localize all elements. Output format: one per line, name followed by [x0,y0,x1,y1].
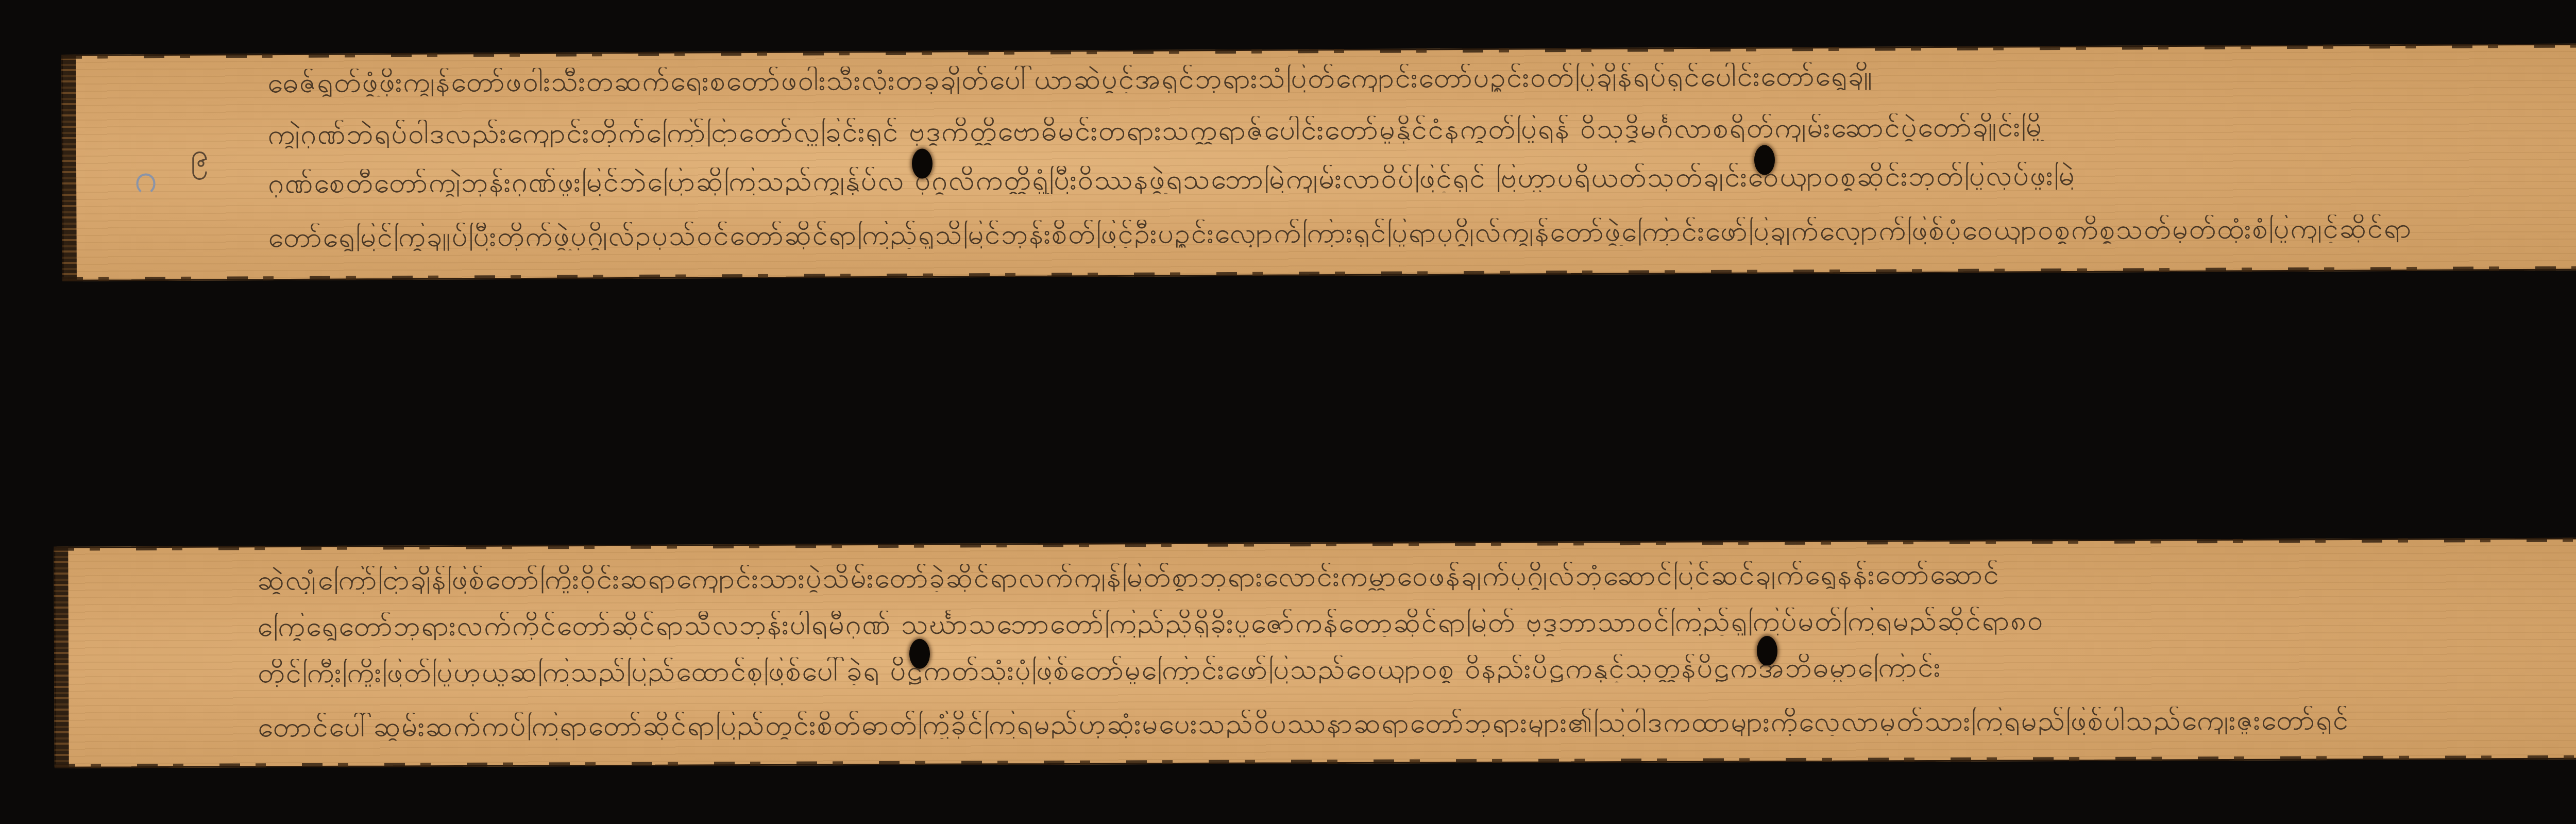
palm-leaf-folio-top: ဂ ၉ ဓေဇ်ရွတ်ဖွံ့ဖိုးကျွန်တော်ဖဝါးသီးတဆက်… [61,43,2576,281]
frayed-edge-top [54,537,2576,550]
script-line-2: ကျွဲဂုဏ်ဘဲရပ်ဝါဒလည်းကျောင်းတိုက်ကြော်ငြာ… [268,111,2458,149]
script-line-4: တောင်ပေါ်ဆွမ်းဆက်ကပ်ကြရာတော်ဆိုင်ရာပြည်တ… [258,705,2447,741]
script-line-2: ကြွေရွှေတော်ဘုရားလက်ကိုင်တော်ဆိုင်ရာသီလဘ… [258,605,2447,641]
frayed-edge-left [61,55,77,281]
script-line-4: တော်ရွှေမြင်ကြွချုပ်ပြီးတိုက်ဖွဲ့ပုဂ္ဂို… [268,214,2458,252]
frayed-edge-top [61,43,2576,59]
folio-note-mark: ၉ [191,139,209,171]
frayed-edge-bottom [62,266,2576,281]
folio-number-mark: ဂ [134,157,158,198]
script-line-3: တိုင်ကြီးကြိုးဖြတ်ပြုဟုယူဆကြသည်ပြည်ထောင်… [258,651,2447,687]
frayed-edge-bottom [55,755,2576,768]
frayed-edge-left [54,547,69,768]
palm-leaf-folio-bottom: ဆွဲလျှံကြော်ငြာချိန်ဖြစ်တော်ကြိုးဝိုင်းဆ… [54,537,2576,768]
script-line-3: ဂုဏ်စေတီတော်ကျွဲဘုန်းဂုဏ်ဖူးမြင်ဘဲပြောဆိ… [268,160,2458,198]
script-line-1: ဆွဲလျှံကြော်ငြာချိန်ဖြစ်တော်ကြိုးဝိုင်းဆ… [257,559,2447,594]
script-line-1: ဓေဇ်ရွတ်ဖွံ့ဖိုးကျွန်တော်ဖဝါးသီးတဆက်ရေးစ… [267,60,2457,97]
